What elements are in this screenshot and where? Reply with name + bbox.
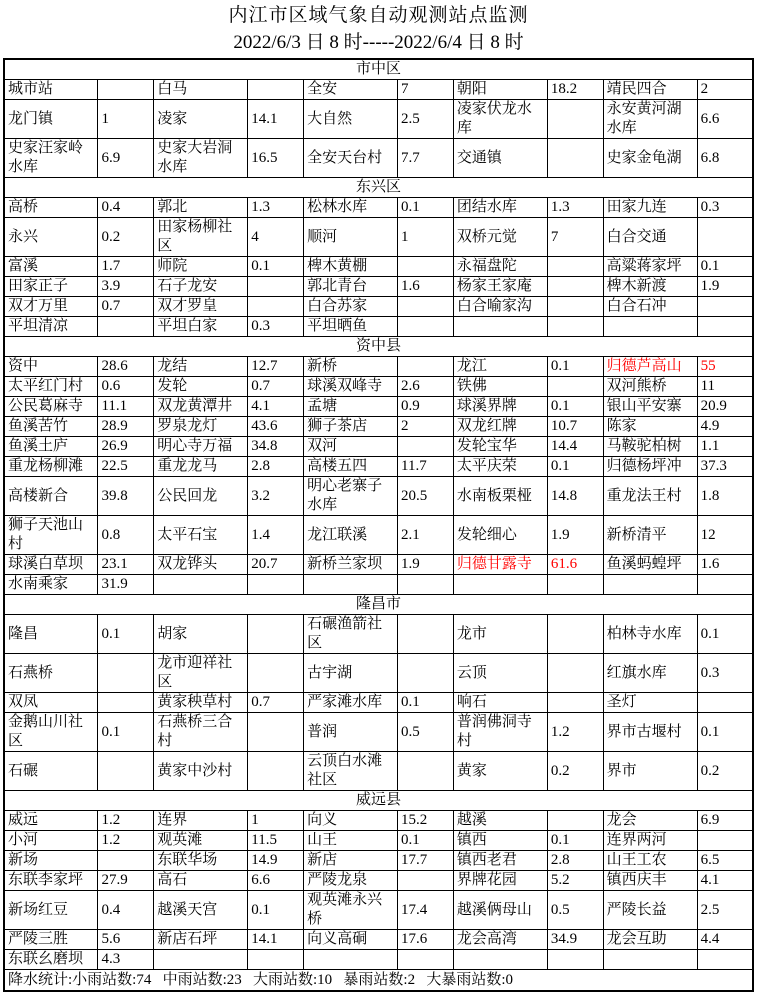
rainfall-value-cell [98, 654, 154, 693]
table-row: 平坦清凉平坦白家0.3平坦晒鱼 [4, 317, 753, 337]
rainfall-value-cell: 0.1 [547, 397, 603, 417]
station-name-cell: 太平庆荣 [453, 457, 547, 477]
station-name-cell: 田家正子 [4, 277, 98, 297]
station-name-cell: 归德杨坪冲 [603, 457, 697, 477]
rainfall-value-cell: 17.6 [398, 930, 454, 950]
station-name-cell [453, 317, 547, 337]
rainfall-value-cell: 0.2 [547, 752, 603, 791]
station-name-cell [304, 575, 398, 595]
station-name-cell: 黄家中沙村 [154, 752, 248, 791]
station-name-cell: 新店 [304, 851, 398, 871]
station-name-cell: 响石 [453, 693, 547, 713]
station-name-cell: 云顶 [453, 654, 547, 693]
station-name-cell: 富溪 [4, 257, 98, 277]
station-name-cell: 公民葛麻寺 [4, 397, 98, 417]
rainfall-value-cell: 0.1 [248, 891, 304, 930]
rainfall-value-cell: 11.5 [248, 831, 304, 851]
station-name-cell: 孟塘 [304, 397, 398, 417]
rainfall-value-cell [547, 139, 603, 178]
station-name-cell: 白合苏家 [304, 297, 398, 317]
rainfall-value-cell: 22.5 [98, 457, 154, 477]
station-name-cell: 大自然 [304, 100, 398, 139]
rainfall-value-cell: 0.3 [697, 198, 753, 218]
table-row: 史家汪家岭水库6.9史家大岩洞水库16.5全安天台村7.7交通镇史家金龟湖6.8 [4, 139, 753, 178]
station-name-cell: 顺河 [304, 218, 398, 257]
rainfall-value-cell: 27.9 [98, 871, 154, 891]
rainfall-value-cell: 1 [248, 811, 304, 831]
station-name-cell: 石子龙安 [154, 277, 248, 297]
rainfall-value-cell: 17.7 [398, 851, 454, 871]
rainfall-value-cell: 0.1 [547, 457, 603, 477]
rainfall-value-cell [248, 752, 304, 791]
rainfall-value-cell: 16.5 [248, 139, 304, 178]
station-name-cell: 小河 [4, 831, 98, 851]
station-name-cell: 龙江 [453, 357, 547, 377]
rainfall-value-cell: 2.8 [248, 457, 304, 477]
rainfall-value-cell: 1.2 [547, 713, 603, 752]
rainfall-value-cell: 0.3 [248, 317, 304, 337]
table-row: 高楼新合39.8公民回龙3.2明心老寨子水库20.5水南板栗桠14.8重龙法王村… [4, 477, 753, 516]
station-name-cell: 靖民四合 [603, 80, 697, 100]
station-name-cell: 金鹅山川社区 [4, 713, 98, 752]
station-name-cell: 高楼五四 [304, 457, 398, 477]
rainfall-value-cell: 20.9 [697, 397, 753, 417]
rainfall-value-cell [547, 693, 603, 713]
rainfall-value-cell: 3.2 [248, 477, 304, 516]
section-header-row: 资中县 [4, 337, 753, 357]
rainfall-value-cell: 0.1 [697, 257, 753, 277]
rainfall-value-cell: 14.8 [547, 477, 603, 516]
station-name-cell: 归德甘露寺 [453, 555, 547, 575]
rainfall-value-cell [547, 377, 603, 397]
station-name-cell: 全安天台村 [304, 139, 398, 178]
rainfall-value-cell [248, 297, 304, 317]
rainfall-value-cell: 0.7 [98, 297, 154, 317]
station-name-cell: 越溪 [453, 811, 547, 831]
section-header-row: 威远县 [4, 791, 753, 811]
station-name-cell: 连界 [154, 811, 248, 831]
station-name-cell: 田家杨柳社区 [154, 218, 248, 257]
station-name-cell: 师院 [154, 257, 248, 277]
rainfall-value-cell: 1.1 [697, 437, 753, 457]
table-row: 田家正子3.9石子龙安郭北青台1.6杨家王家庵椑木新渡1.9 [4, 277, 753, 297]
rainfall-value-cell [398, 357, 454, 377]
station-name-cell: 狮子茶店 [304, 417, 398, 437]
station-name-cell: 鱼溪土庐 [4, 437, 98, 457]
station-name-cell: 界市 [603, 752, 697, 791]
station-name-cell: 双凤 [4, 693, 98, 713]
rainfall-value-cell: 12 [697, 516, 753, 555]
rainfall-value-cell [248, 277, 304, 297]
rainfall-value-cell [248, 615, 304, 654]
station-name-cell: 陈家 [603, 417, 697, 437]
rainfall-value-cell: 39.8 [98, 477, 154, 516]
station-name-cell: 平坦清凉 [4, 317, 98, 337]
rainfall-value-cell: 0.1 [98, 713, 154, 752]
station-name-cell: 史家金龟湖 [603, 139, 697, 178]
rainfall-value-cell: 3.9 [98, 277, 154, 297]
table-row: 隆昌0.1胡家石碾渔箭社区龙市柏林寺水库0.1 [4, 615, 753, 654]
section-title: 市中区 [4, 59, 753, 80]
station-name-cell: 凌家 [154, 100, 248, 139]
rainfall-value-cell [248, 950, 304, 970]
station-name-cell: 新场红豆 [4, 891, 98, 930]
station-name-cell: 水南板栗桠 [453, 477, 547, 516]
rainfall-value-cell: 2.8 [547, 851, 603, 871]
rainfall-value-cell: 0.9 [398, 397, 454, 417]
rainfall-value-cell [398, 297, 454, 317]
station-name-cell: 普润佛洞寺村 [453, 713, 547, 752]
station-name-cell: 城市站 [4, 80, 98, 100]
station-name-cell: 史家汪家岭水库 [4, 139, 98, 178]
rainfall-value-cell: 0.5 [398, 713, 454, 752]
rainfall-value-cell: 1.3 [248, 198, 304, 218]
precipitation-stats: 降水统计:小雨站数:74 中雨站数:23 大雨站数:10 暴雨站数:2 大暴雨站… [4, 970, 753, 992]
section-title: 威远县 [4, 791, 753, 811]
rainfall-value-cell: 1.7 [98, 257, 154, 277]
table-row: 威远1.2连界1向义15.2越溪龙会6.9 [4, 811, 753, 831]
station-name-cell: 东联李家坪 [4, 871, 98, 891]
table-row: 高桥0.4郭北1.3松林水库0.1团结水库1.3田家九连0.3 [4, 198, 753, 218]
rainfall-value-cell: 1.6 [697, 555, 753, 575]
station-name-cell: 古宇湖 [304, 654, 398, 693]
station-name-cell: 界市古堰村 [603, 713, 697, 752]
rainfall-value-cell: 55 [697, 357, 753, 377]
rainfall-value-cell [98, 752, 154, 791]
rainfall-value-cell: 28.6 [98, 357, 154, 377]
stations-table: 市中区城市站白马全安7朝阳18.2靖民四合2龙门镇1凌家14.1大自然2.5凌家… [3, 58, 754, 992]
station-name-cell: 团结水库 [453, 198, 547, 218]
rainfall-value-cell [547, 100, 603, 139]
rainfall-value-cell: 20.5 [398, 477, 454, 516]
station-name-cell: 松林水库 [304, 198, 398, 218]
station-name-cell [603, 575, 697, 595]
section-header-row: 市中区 [4, 59, 753, 80]
rainfall-value-cell: 14.1 [248, 930, 304, 950]
rainfall-value-cell [547, 615, 603, 654]
station-name-cell: 龙江联溪 [304, 516, 398, 555]
table-row: 东联李家坪27.9高石6.6严陵龙泉界牌花园5.2镇西庆丰4.1 [4, 871, 753, 891]
rainfall-value-cell: 4.3 [98, 950, 154, 970]
station-name-cell: 严家滩水库 [304, 693, 398, 713]
rainfall-value-cell [98, 693, 154, 713]
station-name-cell: 普润 [304, 713, 398, 752]
rainfall-value-cell [398, 437, 454, 457]
station-name-cell: 资中 [4, 357, 98, 377]
rainfall-value-cell [697, 831, 753, 851]
station-name-cell: 归德芦高山 [603, 357, 697, 377]
rainfall-value-cell: 14.4 [547, 437, 603, 457]
table-row: 城市站白马全安7朝阳18.2靖民四合2 [4, 80, 753, 100]
station-name-cell: 向义高硐 [304, 930, 398, 950]
station-name-cell [453, 575, 547, 595]
table-row: 新场东联华场14.9新店17.7镇西老君2.8山王工农6.5 [4, 851, 753, 871]
station-name-cell: 山王工农 [603, 851, 697, 871]
rainfall-value-cell: 6.9 [697, 811, 753, 831]
station-name-cell: 威远 [4, 811, 98, 831]
station-name-cell: 明心老寨子水库 [304, 477, 398, 516]
station-name-cell: 黄家秧草村 [154, 693, 248, 713]
station-name-cell: 新桥清平 [603, 516, 697, 555]
table-row: 双才万里0.7双才罗皇白合苏家白合喻家沟白合石冲 [4, 297, 753, 317]
station-name-cell: 郭北 [154, 198, 248, 218]
station-name-cell: 椑木黄棚 [304, 257, 398, 277]
rainfall-value-cell: 23.1 [98, 555, 154, 575]
section-title: 资中县 [4, 337, 753, 357]
rainfall-value-cell [98, 80, 154, 100]
station-name-cell: 界牌花园 [453, 871, 547, 891]
table-row: 永兴0.2田家杨柳社区4顺河1双桥元觉7白合交通 [4, 218, 753, 257]
rainfall-value-cell: 11.7 [398, 457, 454, 477]
rainfall-value-cell: 2.6 [398, 377, 454, 397]
station-name-cell [603, 950, 697, 970]
rainfall-value-cell [547, 297, 603, 317]
rainfall-value-cell [398, 257, 454, 277]
station-name-cell: 双龙铧头 [154, 555, 248, 575]
station-name-cell: 铁佛 [453, 377, 547, 397]
rainfall-value-cell: 2.1 [398, 516, 454, 555]
rainfall-value-cell [248, 654, 304, 693]
station-name-cell: 新场 [4, 851, 98, 871]
rainfall-value-cell: 0.4 [98, 198, 154, 218]
station-name-cell: 龙会 [603, 811, 697, 831]
rainfall-value-cell: 20.7 [248, 555, 304, 575]
rainfall-value-cell [398, 317, 454, 337]
station-name-cell: 双龙红牌 [453, 417, 547, 437]
rainfall-value-cell: 1.2 [98, 811, 154, 831]
station-name-cell: 高粱蒋家坪 [603, 257, 697, 277]
rainfall-value-cell: 15.2 [398, 811, 454, 831]
station-name-cell: 公民回龙 [154, 477, 248, 516]
station-name-cell: 向义 [304, 811, 398, 831]
rainfall-value-cell: 6.5 [697, 851, 753, 871]
station-name-cell: 高楼新合 [4, 477, 98, 516]
station-name-cell [304, 950, 398, 970]
station-name-cell [603, 317, 697, 337]
rainfall-value-cell [248, 80, 304, 100]
rainfall-value-cell: 1.9 [547, 516, 603, 555]
rainfall-value-cell [398, 871, 454, 891]
rainfall-value-cell: 0.1 [547, 357, 603, 377]
rainfall-value-cell [697, 575, 753, 595]
rainfall-value-cell: 0.1 [98, 615, 154, 654]
station-name-cell [154, 575, 248, 595]
rainfall-value-cell: 12.7 [248, 357, 304, 377]
table-row: 球溪白草坝23.1双龙铧头20.7新桥兰家坝1.9归德甘露寺61.6鱼溪蚂蝗坪1… [4, 555, 753, 575]
station-name-cell: 鱼溪蚂蝗坪 [603, 555, 697, 575]
station-name-cell: 东联幺磨坝 [4, 950, 98, 970]
rainfall-value-cell: 0.5 [547, 891, 603, 930]
station-name-cell: 白合喻家沟 [453, 297, 547, 317]
rainfall-value-cell: 1.8 [697, 477, 753, 516]
rainfall-value-cell: 34.8 [248, 437, 304, 457]
rainfall-value-cell: 4.1 [697, 871, 753, 891]
station-name-cell: 交通镇 [453, 139, 547, 178]
rainfall-value-cell: 43.6 [248, 417, 304, 437]
station-name-cell: 白合交通 [603, 218, 697, 257]
rainfall-value-cell: 5.2 [547, 871, 603, 891]
rainfall-value-cell [697, 297, 753, 317]
station-name-cell: 新店石坪 [154, 930, 248, 950]
station-name-cell: 双桥元觉 [453, 218, 547, 257]
rainfall-value-cell: 0.6 [98, 377, 154, 397]
stats-row: 降水统计:小雨站数:74 中雨站数:23 大雨站数:10 暴雨站数:2 大暴雨站… [4, 970, 753, 992]
rainfall-value-cell: 31.9 [98, 575, 154, 595]
station-name-cell: 双龙黄潭井 [154, 397, 248, 417]
station-name-cell: 重龙法王村 [603, 477, 697, 516]
station-name-cell: 白马 [154, 80, 248, 100]
rainfall-value-cell: 6.6 [697, 100, 753, 139]
section-header-row: 东兴区 [4, 178, 753, 198]
report-header: 内江市区域气象自动观测站点监测 2022/6/3 日 8 时-----2022/… [0, 3, 757, 56]
rainfall-value-cell: 0.2 [697, 752, 753, 791]
rainfall-value-cell: 0.7 [248, 377, 304, 397]
table-row: 金鹅山川社区0.1石燕桥三合村普润0.5普润佛洞寺村1.2界市古堰村0.1 [4, 713, 753, 752]
station-name-cell: 狮子天池山村 [4, 516, 98, 555]
rainfall-value-cell: 0.8 [98, 516, 154, 555]
rainfall-value-cell [547, 811, 603, 831]
rainfall-value-cell [547, 950, 603, 970]
table-row: 水南乘家31.9 [4, 575, 753, 595]
station-name-cell: 新桥 [304, 357, 398, 377]
station-name-cell: 永安黄河湖水库 [603, 100, 697, 139]
rainfall-value-cell: 6.9 [98, 139, 154, 178]
table-row: 石燕桥龙市迎祥社区古宇湖云顶红旗水库0.3 [4, 654, 753, 693]
rainfall-value-cell [398, 615, 454, 654]
page-title: 内江市区域气象自动观测站点监测 [0, 3, 757, 29]
station-name-cell: 连界两河 [603, 831, 697, 851]
station-name-cell: 罗泉龙灯 [154, 417, 248, 437]
table-row: 资中28.6龙结12.7新桥龙江0.1归德芦高山55 [4, 357, 753, 377]
station-name-cell: 朝阳 [453, 80, 547, 100]
station-name-cell: 观英滩永兴桥 [304, 891, 398, 930]
rainfall-value-cell: 6.8 [697, 139, 753, 178]
rainfall-value-cell: 0.1 [398, 693, 454, 713]
station-name-cell: 永兴 [4, 218, 98, 257]
table-row: 鱼溪苦竹28.9罗泉龙灯43.6狮子茶店2双龙红牌10.7陈家4.9 [4, 417, 753, 437]
rainfall-value-cell: 4.9 [697, 417, 753, 437]
date-range: 2022/6/3 日 8 时-----2022/6/4 日 8 时 [0, 29, 757, 56]
rainfall-value-cell: 1.6 [398, 277, 454, 297]
station-name-cell: 球溪双峰寺 [304, 377, 398, 397]
station-name-cell [453, 950, 547, 970]
rainfall-value-cell [398, 575, 454, 595]
table-row: 东联幺磨坝4.3 [4, 950, 753, 970]
station-name-cell: 石碾 [4, 752, 98, 791]
station-name-cell: 严陵三胜 [4, 930, 98, 950]
station-name-cell: 鱼溪苦竹 [4, 417, 98, 437]
station-name-cell: 杨家王家庵 [453, 277, 547, 297]
station-name-cell: 隆昌 [4, 615, 98, 654]
rainfall-value-cell [547, 257, 603, 277]
station-name-cell: 平坦晒鱼 [304, 317, 398, 337]
rainfall-value-cell: 0.4 [98, 891, 154, 930]
rainfall-value-cell: 0.1 [248, 257, 304, 277]
table-row: 严陵三胜5.6新店石坪14.1向义高硐17.6龙会高湾34.9龙会互助4.4 [4, 930, 753, 950]
rainfall-value-cell: 5.6 [98, 930, 154, 950]
station-name-cell: 银山平安寨 [603, 397, 697, 417]
station-name-cell: 永福盘陀 [453, 257, 547, 277]
rainfall-value-cell [547, 654, 603, 693]
station-name-cell: 龙会互助 [603, 930, 697, 950]
rainfall-value-cell [697, 317, 753, 337]
rainfall-value-cell: 61.6 [547, 555, 603, 575]
station-name-cell: 石燕桥 [4, 654, 98, 693]
rainfall-value-cell: 0.1 [547, 831, 603, 851]
rainfall-value-cell: 14.1 [248, 100, 304, 139]
station-name-cell: 石碾渔箭社区 [304, 615, 398, 654]
station-name-cell: 高桥 [4, 198, 98, 218]
rainfall-value-cell [547, 317, 603, 337]
station-name-cell: 龙门镇 [4, 100, 98, 139]
rainfall-value-cell [398, 950, 454, 970]
rainfall-value-cell: 1 [98, 100, 154, 139]
rainfall-value-cell: 10.7 [547, 417, 603, 437]
rainfall-value-cell: 17.4 [398, 891, 454, 930]
station-name-cell: 球溪白草坝 [4, 555, 98, 575]
station-name-cell: 太平石宝 [154, 516, 248, 555]
rainfall-value-cell: 37.3 [697, 457, 753, 477]
rainfall-value-cell: 11 [697, 377, 753, 397]
rainfall-value-cell: 11.1 [98, 397, 154, 417]
rainfall-value-cell [697, 950, 753, 970]
rainfall-value-cell: 2.5 [398, 100, 454, 139]
station-name-cell: 山王 [304, 831, 398, 851]
rainfall-value-cell: 28.9 [98, 417, 154, 437]
rainfall-value-cell: 1.2 [98, 831, 154, 851]
rainfall-value-cell: 0.7 [248, 693, 304, 713]
station-name-cell: 全安 [304, 80, 398, 100]
rainfall-value-cell: 1.4 [248, 516, 304, 555]
rainfall-value-cell: 4 [248, 218, 304, 257]
station-name-cell: 新桥兰家坝 [304, 555, 398, 575]
section-header-row: 隆昌市 [4, 595, 753, 615]
rainfall-value-cell: 34.9 [547, 930, 603, 950]
station-name-cell: 双河 [304, 437, 398, 457]
rainfall-value-cell: 14.9 [248, 851, 304, 871]
table-row: 小河1.2观英滩11.5山王0.1镇西0.1连界两河 [4, 831, 753, 851]
table-row: 双凤黄家秧草村0.7严家滩水库0.1响石圣灯 [4, 693, 753, 713]
section-title: 东兴区 [4, 178, 753, 198]
rainfall-value-cell: 0.1 [398, 831, 454, 851]
station-name-cell: 圣灯 [603, 693, 697, 713]
rainfall-value-cell: 7 [398, 80, 454, 100]
station-name-cell: 发轮 [154, 377, 248, 397]
rainfall-value-cell: 2 [398, 417, 454, 437]
station-name-cell: 严陵长益 [603, 891, 697, 930]
station-name-cell: 双河熊桥 [603, 377, 697, 397]
station-name-cell: 高石 [154, 871, 248, 891]
station-name-cell: 严陵龙泉 [304, 871, 398, 891]
station-name-cell: 石燕桥三合村 [154, 713, 248, 752]
station-name-cell: 郭北青台 [304, 277, 398, 297]
station-name-cell: 越溪天宫 [154, 891, 248, 930]
rainfall-value-cell: 0.3 [697, 654, 753, 693]
section-title: 隆昌市 [4, 595, 753, 615]
rainfall-value-cell: 7.7 [398, 139, 454, 178]
station-name-cell: 龙市迎祥社区 [154, 654, 248, 693]
station-name-cell: 双才万里 [4, 297, 98, 317]
station-name-cell: 龙会高湾 [453, 930, 547, 950]
station-name-cell: 白合石冲 [603, 297, 697, 317]
rainfall-value-cell: 18.2 [547, 80, 603, 100]
rainfall-value-cell: 7 [547, 218, 603, 257]
station-name-cell: 田家九连 [603, 198, 697, 218]
station-name-cell: 太平红门村 [4, 377, 98, 397]
rainfall-value-cell [248, 713, 304, 752]
rainfall-value-cell [398, 752, 454, 791]
station-name-cell: 凌家伏龙水库 [453, 100, 547, 139]
